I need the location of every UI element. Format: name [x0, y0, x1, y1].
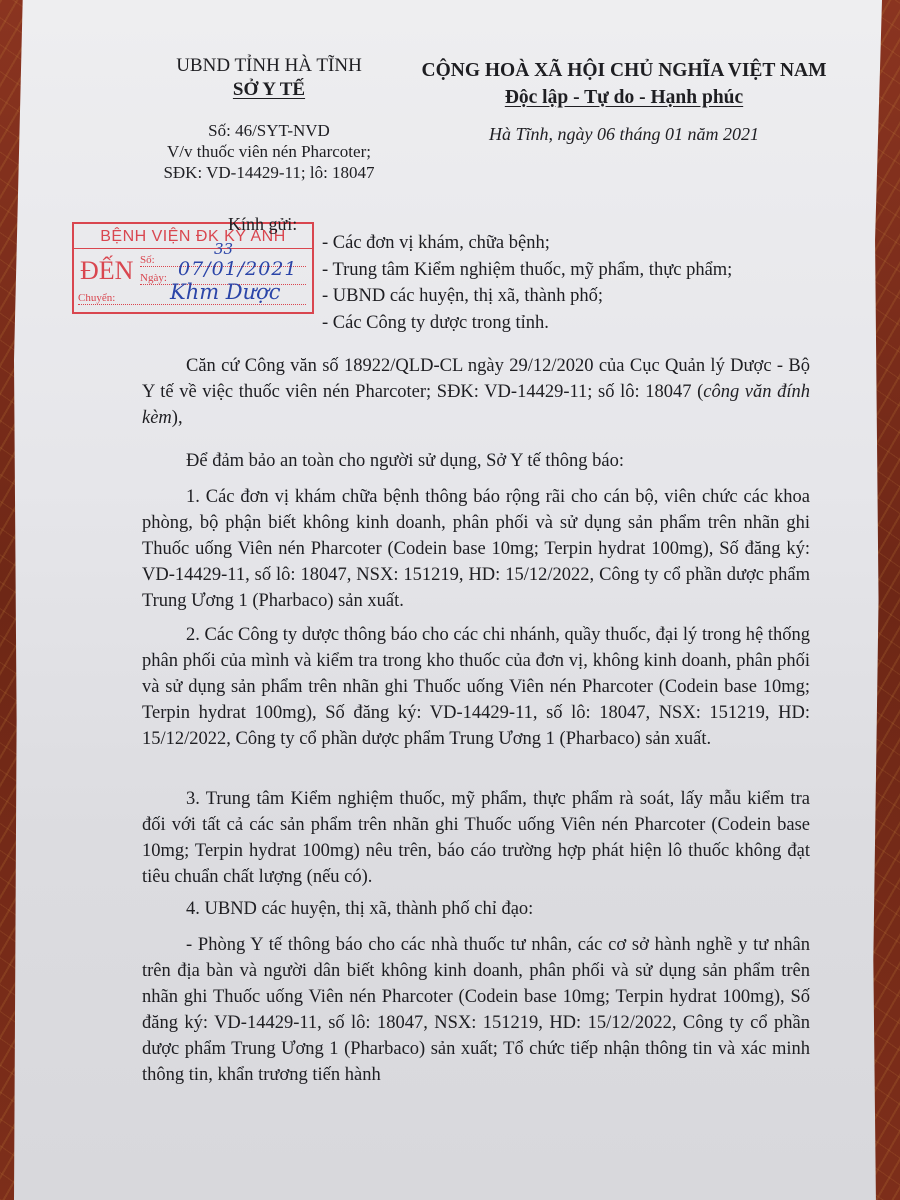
stamp-chuyen-value: Khm Dược — [170, 280, 281, 304]
stamp-ngay-value: 07/01/2021 — [178, 258, 298, 280]
intro-paragraph: Để đảm bảo an toàn cho người sử dụng, Sở… — [142, 448, 810, 474]
issuing-agency-block: UBND TỈNH HÀ TĨNH SỞ Y TẾ — [134, 54, 404, 102]
addressee-item: - Các Công ty dược trong tỉnh. — [322, 310, 732, 337]
country-name: CỘNG HOÀ XÃ HỘI CHỦ NGHĨA VIỆT NAM — [384, 57, 864, 84]
item-4-sub-text: - Phòng Y tế thông báo cho các nhà thuốc… — [142, 932, 810, 1088]
issue-date: Hà Tĩnh, ngày 06 tháng 01 năm 2021 — [384, 124, 864, 145]
item-4-text: 4. UBND các huyện, thị xã, thành phố chỉ… — [142, 896, 810, 922]
stamp-ngay-label: Ngày: — [140, 272, 167, 284]
agency-name: SỞ Y TẾ — [134, 78, 404, 102]
stamp-den-label: ĐẾN — [80, 256, 133, 286]
item-1-text: 1. Các đơn vị khám chữa bệnh thông báo r… — [142, 484, 810, 614]
subject-line-2: SĐK: VD-14429-11; lô: 18047 — [134, 162, 404, 183]
agency-parent: UBND TỈNH HÀ TĨNH — [134, 54, 404, 78]
item-3-text: 3. Trung tâm Kiểm nghiệm thuốc, mỹ phẩm,… — [142, 786, 810, 890]
stamp-so-value: 33 — [214, 240, 233, 258]
basis-paragraph: Căn cứ Công văn số 18922/QLD-CL ngày 29/… — [142, 353, 810, 431]
stamp-so-label: Số: — [140, 254, 155, 266]
received-stamp: BỆNH VIỆN ĐK KỲ ANH ĐẾN Số: 33 Ngày: 07/… — [72, 222, 314, 314]
subject-line-1: V/v thuốc viên nén Pharcoter; — [134, 141, 404, 162]
reference-block: Số: 46/SYT-NVD V/v thuốc viên nén Pharco… — [134, 120, 404, 183]
item-3-paragraph: 3. Trung tâm Kiểm nghiệm thuốc, mỹ phẩm,… — [142, 786, 810, 890]
addressee-item: - Trung tâm Kiểm nghiệm thuốc, mỹ phẩm, … — [322, 257, 732, 284]
item-4-paragraph: 4. UBND các huyện, thị xã, thành phố chỉ… — [142, 896, 810, 922]
doc-number: Số: 46/SYT-NVD — [134, 120, 404, 141]
document-page: UBND TỈNH HÀ TĨNH SỞ Y TẾ Số: 46/SYT-NVD… — [14, 0, 882, 1200]
stamp-chuyen-label: Chuyển: — [78, 292, 115, 304]
item-2-text: 2. Các Công ty dược thông báo cho các ch… — [142, 622, 810, 752]
intro-text: Để đảm bảo an toàn cho người sử dụng, Sở… — [142, 448, 810, 474]
addressee-item: - UBND các huyện, thị xã, thành phố; — [322, 283, 732, 310]
national-motto: Độc lập - Tự do - Hạnh phúc — [384, 84, 864, 111]
addressee-label: Kính gửi: — [228, 214, 297, 235]
national-header: CỘNG HOÀ XÃ HỘI CHỦ NGHĨA VIỆT NAM Độc l… — [384, 57, 864, 111]
item-4-sub-paragraph: - Phòng Y tế thông báo cho các nhà thuốc… — [142, 932, 810, 1088]
basis-end: ), — [172, 408, 183, 428]
item-2-paragraph: 2. Các Công ty dược thông báo cho các ch… — [142, 622, 810, 752]
item-1-paragraph: 1. Các đơn vị khám chữa bệnh thông báo r… — [142, 484, 810, 614]
addressee-list: - Các đơn vị khám, chữa bệnh; - Trung tâ… — [322, 230, 732, 336]
addressee-item: - Các đơn vị khám, chữa bệnh; — [322, 230, 732, 257]
